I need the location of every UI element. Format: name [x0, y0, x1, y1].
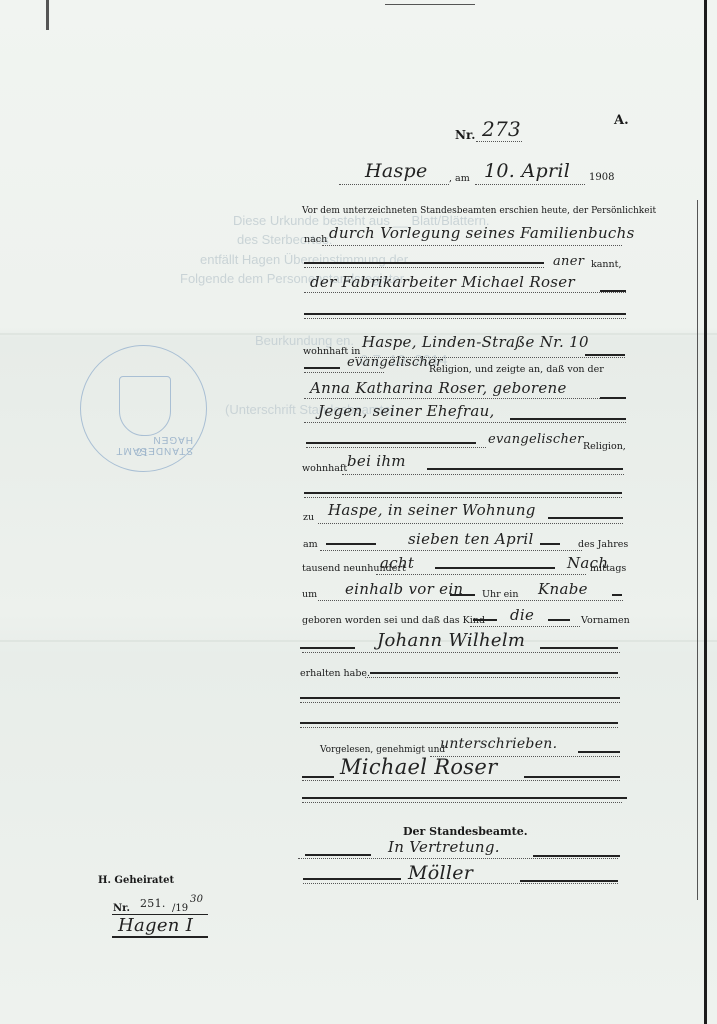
fill-stroke: [540, 543, 560, 545]
fill-stroke: [524, 776, 620, 778]
label-nach: nach: [304, 234, 327, 245]
fill-stroke: [450, 594, 475, 596]
dotted-line: [306, 447, 486, 448]
field-mother-maiden: Jegen, seiner Ehefrau,: [318, 402, 495, 420]
dotted-line: [318, 523, 623, 524]
field-nach: durch Vorlegung seines Familienbuchs: [329, 224, 635, 242]
fill-stroke: [473, 619, 497, 621]
number-label: Nr.: [455, 128, 475, 142]
dotted-line: [304, 398, 626, 399]
fill-stroke: [302, 797, 627, 799]
official-note: In Vertretung.: [388, 838, 500, 856]
fill-stroke: [302, 776, 334, 778]
dotted-line: [300, 727, 618, 728]
field-year-word: acht: [380, 554, 414, 572]
label-jahres: des Jahres: [578, 539, 628, 550]
label-um: um: [302, 589, 317, 600]
label-vorgelesen: Vorgelesen, genehmigt und: [320, 745, 445, 755]
label-religion-mother: Religion,: [583, 441, 626, 452]
field-wohnhaft-2: bei ihm: [347, 452, 406, 470]
dotted-line: [304, 292, 626, 293]
fill-stroke: [303, 878, 401, 880]
fill-stroke: [540, 647, 618, 649]
dotted-line: [302, 780, 620, 781]
fill-stroke: [578, 751, 620, 753]
dotted-line: [342, 474, 624, 475]
label-religion-father: Religion, und zeigte an, daß von der: [429, 364, 604, 375]
fill-stroke: [112, 936, 208, 938]
fill-stroke: [427, 468, 623, 470]
field-signed: unterschrieben.: [440, 736, 557, 752]
label-kannt: kannt,: [591, 259, 622, 270]
form-letter: A.: [614, 113, 629, 128]
field-birth-date: sieben ten April: [408, 530, 534, 548]
label-am: am: [303, 539, 318, 550]
fill-stroke: [304, 262, 544, 264]
coat-of-arms-icon: [119, 376, 171, 436]
label-geboren: geboren worden sei und daß das Kind: [302, 615, 485, 626]
dotted-line: [470, 626, 580, 627]
place: Haspe: [365, 160, 428, 182]
fill-stroke: [548, 517, 623, 519]
margin-note-year: 30: [190, 894, 203, 905]
fill-stroke: [300, 647, 355, 649]
scan-mark: [385, 4, 475, 5]
label-wohnhaft-2: wohnhaft: [302, 463, 347, 474]
dotted-line: [302, 802, 622, 803]
dotted-line: [300, 702, 620, 703]
label-uhr: Uhr ein: [482, 589, 518, 600]
margin-note-number: 251.: [140, 897, 166, 910]
fill-stroke: [300, 722, 618, 724]
fill-stroke: [585, 354, 625, 356]
form-intro: Vor dem unterzeichneten Standesbeamten e…: [302, 206, 656, 216]
fold-line: [0, 640, 717, 642]
fill-stroke: [600, 397, 626, 399]
dotted-line: [304, 318, 626, 319]
fill-stroke: [326, 543, 376, 545]
label-vornamen: Vornamen: [581, 615, 630, 626]
fill-stroke: [304, 367, 340, 369]
declarant-signature: Michael Roser: [340, 755, 497, 779]
dotted-line: [302, 652, 620, 653]
dotted-line: [365, 677, 620, 678]
margin-note-place: Hagen I: [118, 915, 193, 936]
dotted-line: [298, 858, 618, 859]
fill-stroke: [612, 594, 622, 596]
stamp-number: 21: [136, 448, 149, 459]
fill-stroke: [305, 854, 371, 856]
fill-stroke: [370, 672, 618, 674]
field-religion-mother: evangelischer: [488, 432, 584, 447]
margin-note-number-label: Nr.: [113, 903, 130, 914]
field-child-article: die: [510, 606, 534, 624]
fill-stroke: [510, 418, 626, 420]
dotted-line: [318, 600, 623, 601]
page-edge-inner: [697, 200, 698, 900]
standesamt-stamp: STANDESAMT HAGEN 21: [80, 345, 207, 472]
dotted-line: [322, 245, 622, 246]
field-birthplace: Haspe, in seiner Wohnung: [328, 501, 536, 519]
field-child-sex: Knabe: [538, 580, 588, 598]
dotted-line: [304, 497, 622, 498]
field-occupation: der Fabrikarbeiter Michael Roser: [310, 273, 575, 291]
dotted-line: [376, 574, 586, 575]
fill-stroke: [304, 492, 622, 494]
fill-stroke: [520, 880, 618, 882]
fill-stroke: [600, 290, 626, 292]
fill-stroke: [306, 442, 476, 444]
dotted-line: [304, 267, 544, 268]
field-time: einhalb vor ein: [345, 580, 463, 598]
fill-stroke: [300, 697, 620, 699]
official-title: Der Standesbeamte.: [403, 825, 528, 838]
year: 1908: [589, 172, 614, 183]
fold-line: [0, 333, 717, 335]
dotted-line: [475, 184, 585, 185]
document-page: Diese Urkunde besteht aus __ Blatt/Blätt…: [0, 0, 717, 1024]
official-signature: Möller: [408, 862, 473, 884]
field-child-name: Johann Wilhelm: [377, 630, 525, 651]
field-mother: Anna Katharina Roser, geborene: [310, 379, 567, 397]
dotted-line: [304, 422, 626, 423]
margin-note-label: H. Geheiratet: [98, 875, 174, 886]
dotted-line: [476, 141, 522, 142]
label-mittags: mittags: [590, 563, 626, 574]
field-kannt: aner: [553, 254, 584, 269]
bleed-text: entfällt Hagen Übereinstimmung der: [200, 252, 408, 267]
fill-stroke: [533, 855, 620, 857]
dotted-line: [304, 372, 384, 373]
date-connector: , am: [449, 173, 470, 184]
page-edge: [704, 0, 707, 1024]
fill-stroke: [435, 567, 555, 569]
scan-mark: [46, 0, 49, 30]
label-zu: zu: [303, 512, 314, 523]
fill-stroke: [304, 313, 626, 315]
dotted-line: [339, 184, 449, 185]
fill-stroke: [548, 619, 570, 621]
field-wohnhaft: Haspe, Linden-Straße Nr. 10: [362, 333, 589, 351]
margin-note-year-prefix: /19: [172, 903, 188, 914]
record-number: 273: [482, 117, 521, 141]
dotted-line: [320, 550, 582, 551]
date: 10. April: [484, 160, 570, 182]
label-erhalten: erhalten habe.: [300, 668, 370, 679]
